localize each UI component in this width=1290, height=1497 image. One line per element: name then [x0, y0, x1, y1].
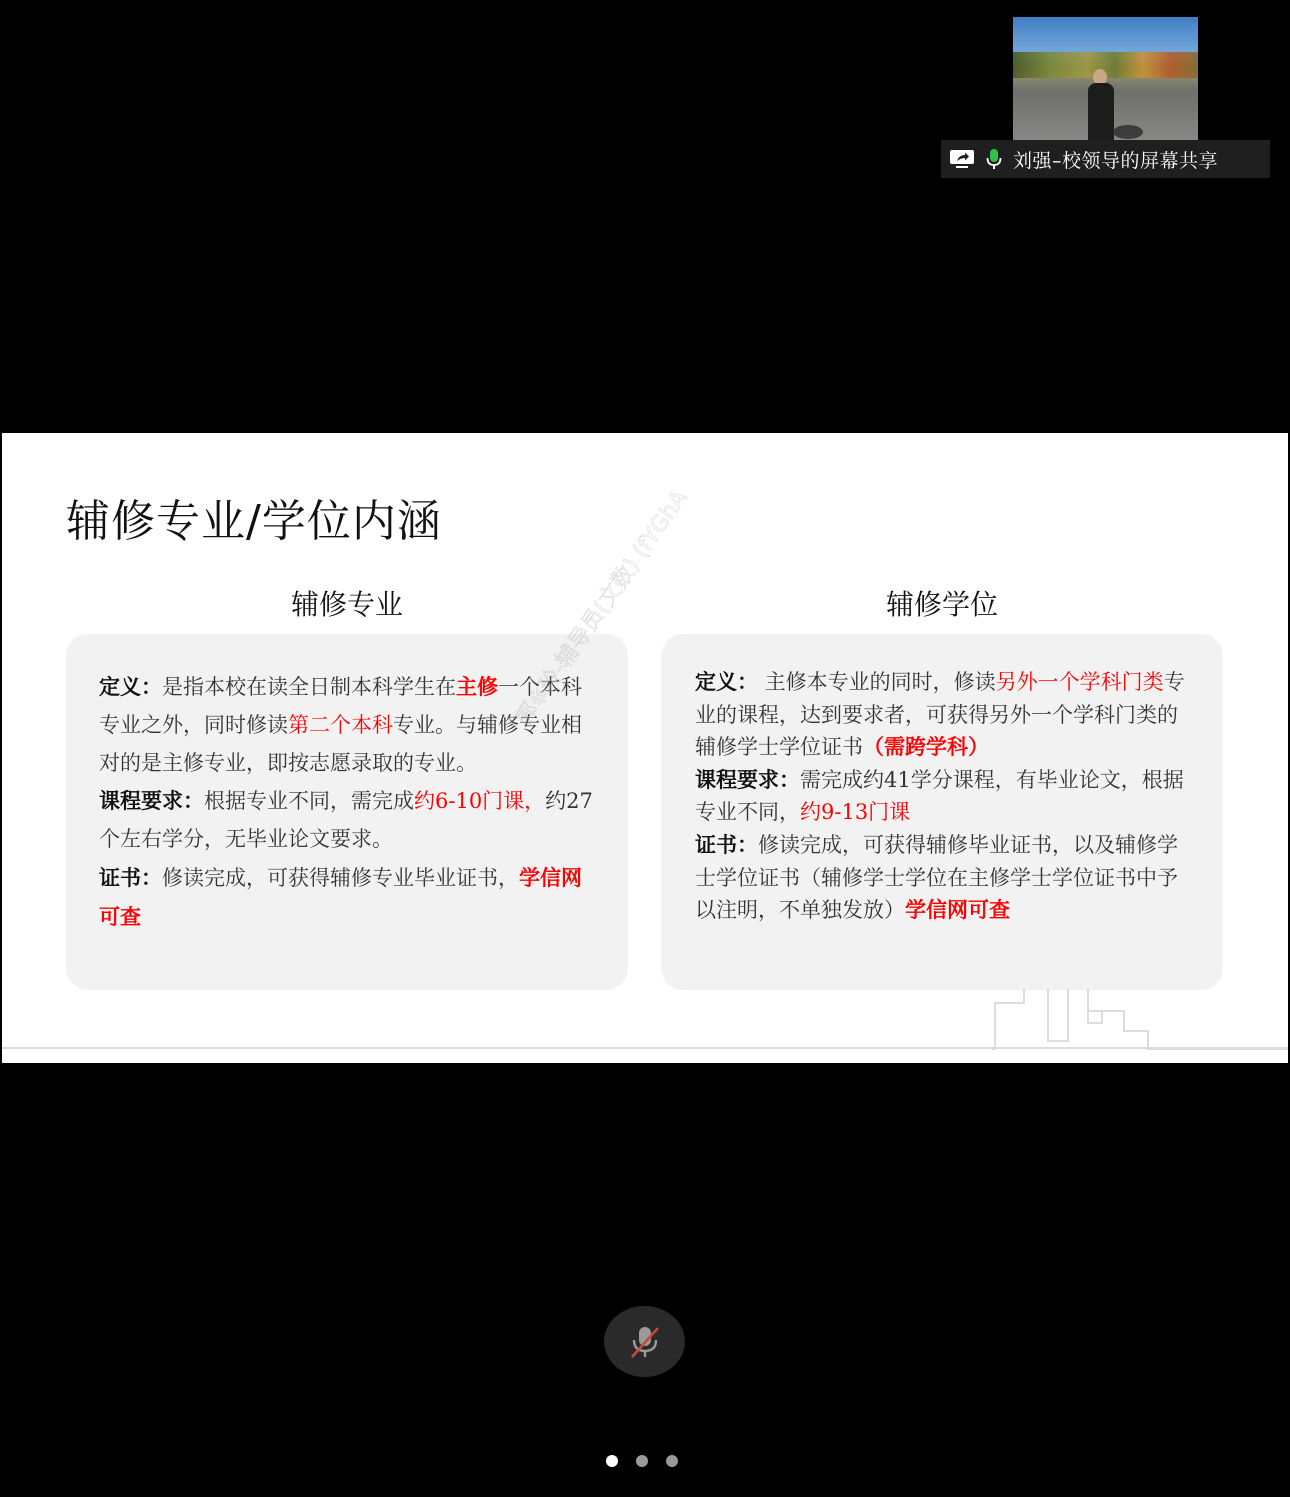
certificate-paragraph: 证书：修读完成，可获得辅修专业毕业证书，学信网可查: [99, 859, 598, 937]
page-dot-2[interactable]: [636, 1455, 648, 1467]
course-requirement-paragraph: 课程要求：需完成约41学分课程，有毕业论文，根据专业不同，约9-13门课: [695, 764, 1193, 829]
highlight-text: 另外一个学科门类: [996, 670, 1164, 694]
card-minor-degree: 定义： 主修本专业的同时，修读另外一个学科门类专业的课程，达到要求者，可获得另外…: [661, 634, 1223, 990]
definition-label: 定义：: [695, 669, 758, 694]
highlight-text: 约9-13门课: [800, 800, 910, 824]
baseline-divider: [2, 1047, 1288, 1049]
page-indicator: [606, 1455, 678, 1467]
text-segment: 修读完成，可获得辅修专业毕业证书，: [162, 866, 519, 890]
course-requirement-label: 课程要求：: [695, 767, 800, 792]
course-requirement-label: 课程要求：: [99, 788, 204, 813]
certificate-paragraph: 证书：修读完成，可获得辅修毕业证书，以及辅修学士学位证书（辅修学士学位在主修学士…: [695, 829, 1193, 927]
highlight-text: 第二个本科: [288, 713, 393, 737]
participant-name: 刘强–校领导的屏幕共享: [1013, 146, 1218, 173]
text-segment: 主修本专业的同时，修读: [758, 670, 996, 694]
microphone-icon: [985, 148, 1003, 170]
highlight-text: （需跨学科）: [863, 734, 989, 759]
skyline-decoration: [992, 989, 1288, 1051]
text-segment: 根据专业不同，需完成: [204, 789, 414, 813]
highlight-text: 主修: [456, 674, 498, 699]
mute-button[interactable]: [604, 1306, 685, 1377]
meeting-stage: 刘强–校领导的屏幕共享 辅修专业/学位内涵 辅修专业 辅修学位 定义：是指本校在…: [0, 0, 1290, 1497]
shared-slide: 辅修专业/学位内涵 辅修专业 辅修学位 定义：是指本校在读全日制本科学生在主修一…: [2, 433, 1288, 1063]
definition-paragraph: 定义： 主修本专业的同时，修读另外一个学科门类专业的课程，达到要求者，可获得另外…: [695, 666, 1193, 764]
text-segment: 是指本校在读全日制本科学生在: [162, 675, 456, 699]
card-minor-major: 定义：是指本校在读全日制本科学生在主修一个本科专业之外，同时修读第二个本科专业。…: [66, 634, 628, 990]
participant-figure-body: [1088, 83, 1114, 141]
participant-name-bar: 刘强–校领导的屏幕共享: [941, 140, 1270, 178]
microphone-off-icon: [625, 1322, 665, 1362]
highlight-text: 学信网可查: [905, 897, 1010, 922]
column-heading-minor-degree: 辅修学位: [661, 583, 1223, 623]
page-dot-1[interactable]: [606, 1455, 618, 1467]
definition-label: 定义：: [99, 674, 162, 699]
slide-title: 辅修专业/学位内涵: [66, 485, 442, 549]
participant-video[interactable]: [1013, 17, 1198, 141]
certificate-label: 证书：: [99, 865, 162, 890]
participant-shadow: [1113, 125, 1143, 139]
course-requirement-paragraph: 课程要求：根据专业不同，需完成约6-10门课，约27个左右学分，无毕业论文要求。: [99, 782, 598, 859]
screen-share-icon: [949, 149, 975, 169]
column-heading-minor-major: 辅修专业: [66, 583, 628, 623]
definition-paragraph: 定义：是指本校在读全日制本科学生在主修一个本科专业之外，同时修读第二个本科专业。…: [99, 668, 598, 782]
page-dot-3[interactable]: [666, 1455, 678, 1467]
certificate-label: 证书：: [695, 832, 758, 857]
highlight-text: 约6-10门课，: [414, 789, 545, 813]
